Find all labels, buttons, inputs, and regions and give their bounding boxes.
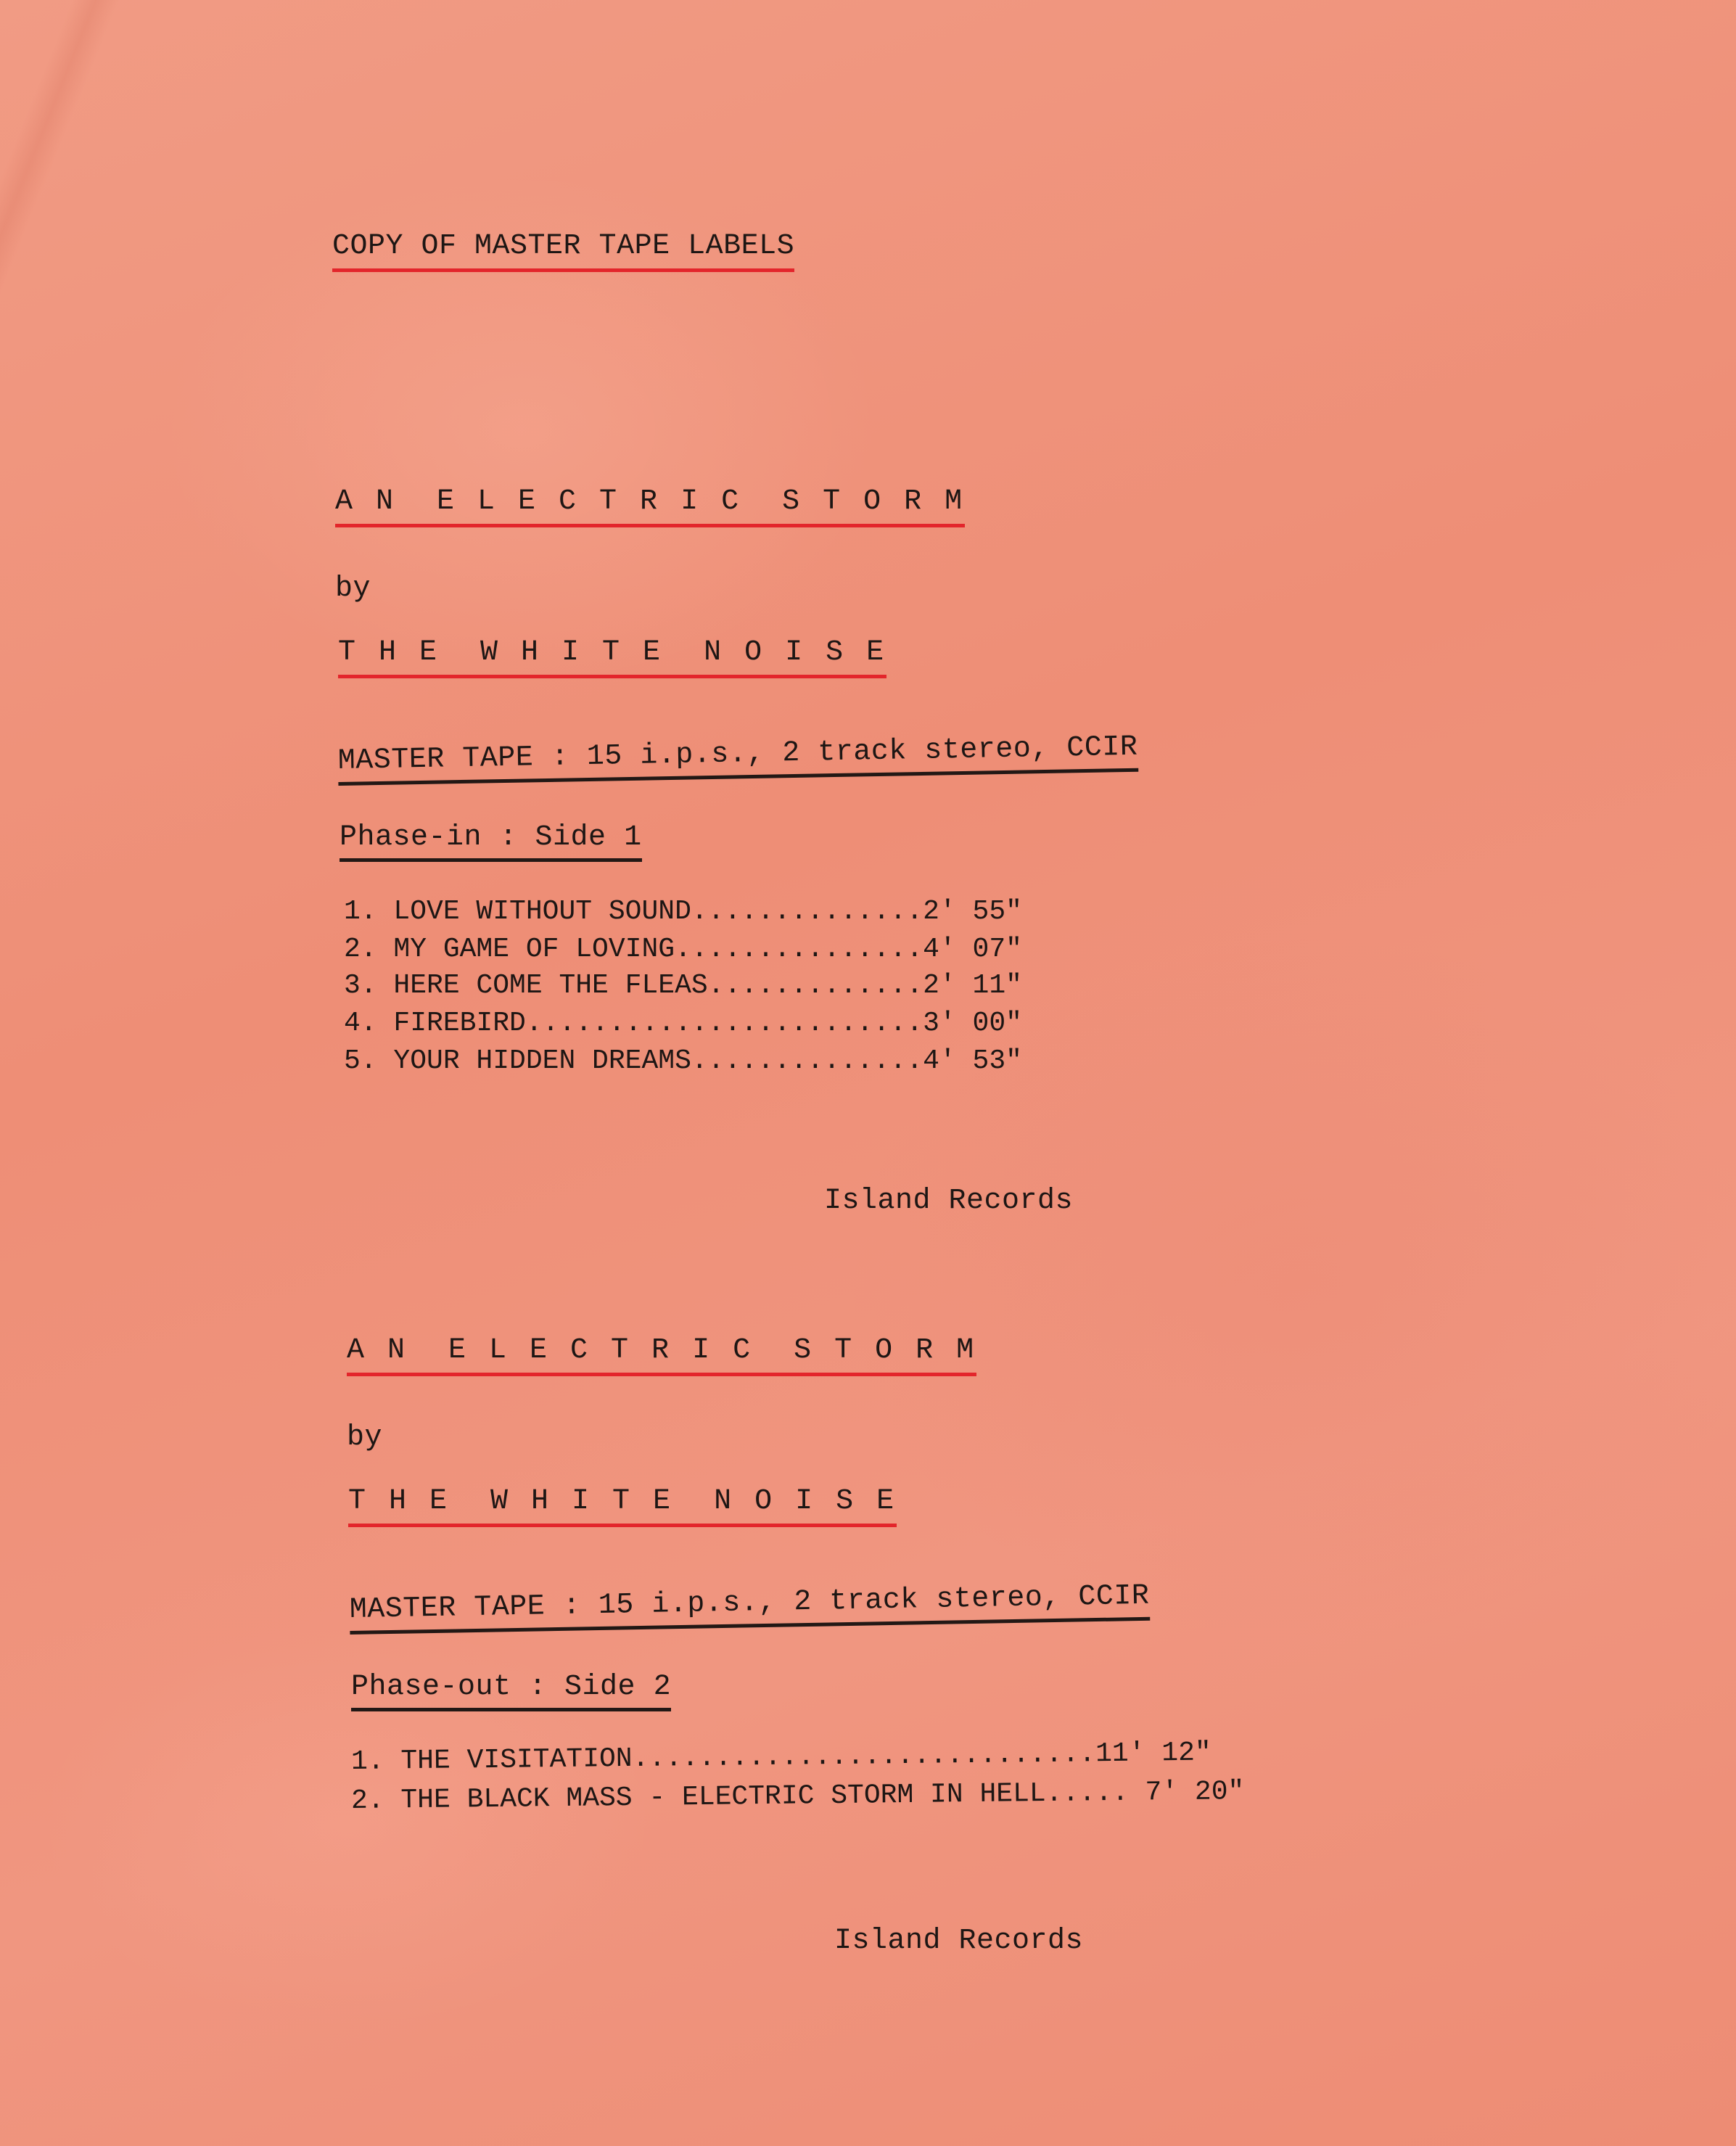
side-label-1: Phase-in : Side 1 xyxy=(340,823,642,862)
track-title: 5. YOUR HIDDEN DREAMS.............. xyxy=(344,1045,923,1077)
track-title: 2. MY GAME OF LOVING............... xyxy=(344,934,923,965)
artist-name-1: T H E W H I T E N O I S E xyxy=(338,638,886,678)
track-title: 4. FIREBIRD........................ xyxy=(344,1008,923,1039)
track-duration: 2' 11" xyxy=(923,970,1022,1001)
by-text-1: by xyxy=(335,575,371,604)
track-duration: 11' 12" xyxy=(1095,1738,1212,1770)
track-duration: 4' 53" xyxy=(923,1045,1022,1077)
track-row: 3. HERE COME THE FLEAS.............2' 11… xyxy=(344,972,1022,1000)
by-text-2: by xyxy=(347,1423,382,1452)
album-title-1: A N E L E C T R I C S T O R M xyxy=(335,488,965,527)
track-duration: 3' 00" xyxy=(923,1008,1022,1039)
track-row: 1. LOVE WITHOUT SOUND..............2' 55… xyxy=(344,898,1022,926)
track-row: 5. YOUR HIDDEN DREAMS..............4' 53… xyxy=(344,1048,1022,1075)
track-duration: 7' 20" xyxy=(1128,1776,1244,1809)
track-row: 2. MY GAME OF LOVING...............4' 07… xyxy=(344,936,1022,963)
track-row: 4. FIREBIRD........................3' 00… xyxy=(344,1010,1022,1037)
record-label-2: Island Records xyxy=(834,1927,1083,1956)
album-title-2: A N E L E C T R I C S T O R M xyxy=(347,1336,976,1376)
artist-name-2: T H E W H I T E N O I S E xyxy=(348,1487,897,1527)
side-label-2: Phase-out : Side 2 xyxy=(351,1673,671,1711)
document-heading: COPY OF MASTER TAPE LABELS xyxy=(332,232,794,272)
track-duration: 2' 55" xyxy=(923,896,1022,927)
record-label-1: Island Records xyxy=(824,1187,1073,1216)
track-title: 1. LOVE WITHOUT SOUND.............. xyxy=(344,896,923,927)
track-duration: 4' 07" xyxy=(923,934,1022,965)
track-title: 3. HERE COME THE FLEAS............. xyxy=(344,970,923,1001)
